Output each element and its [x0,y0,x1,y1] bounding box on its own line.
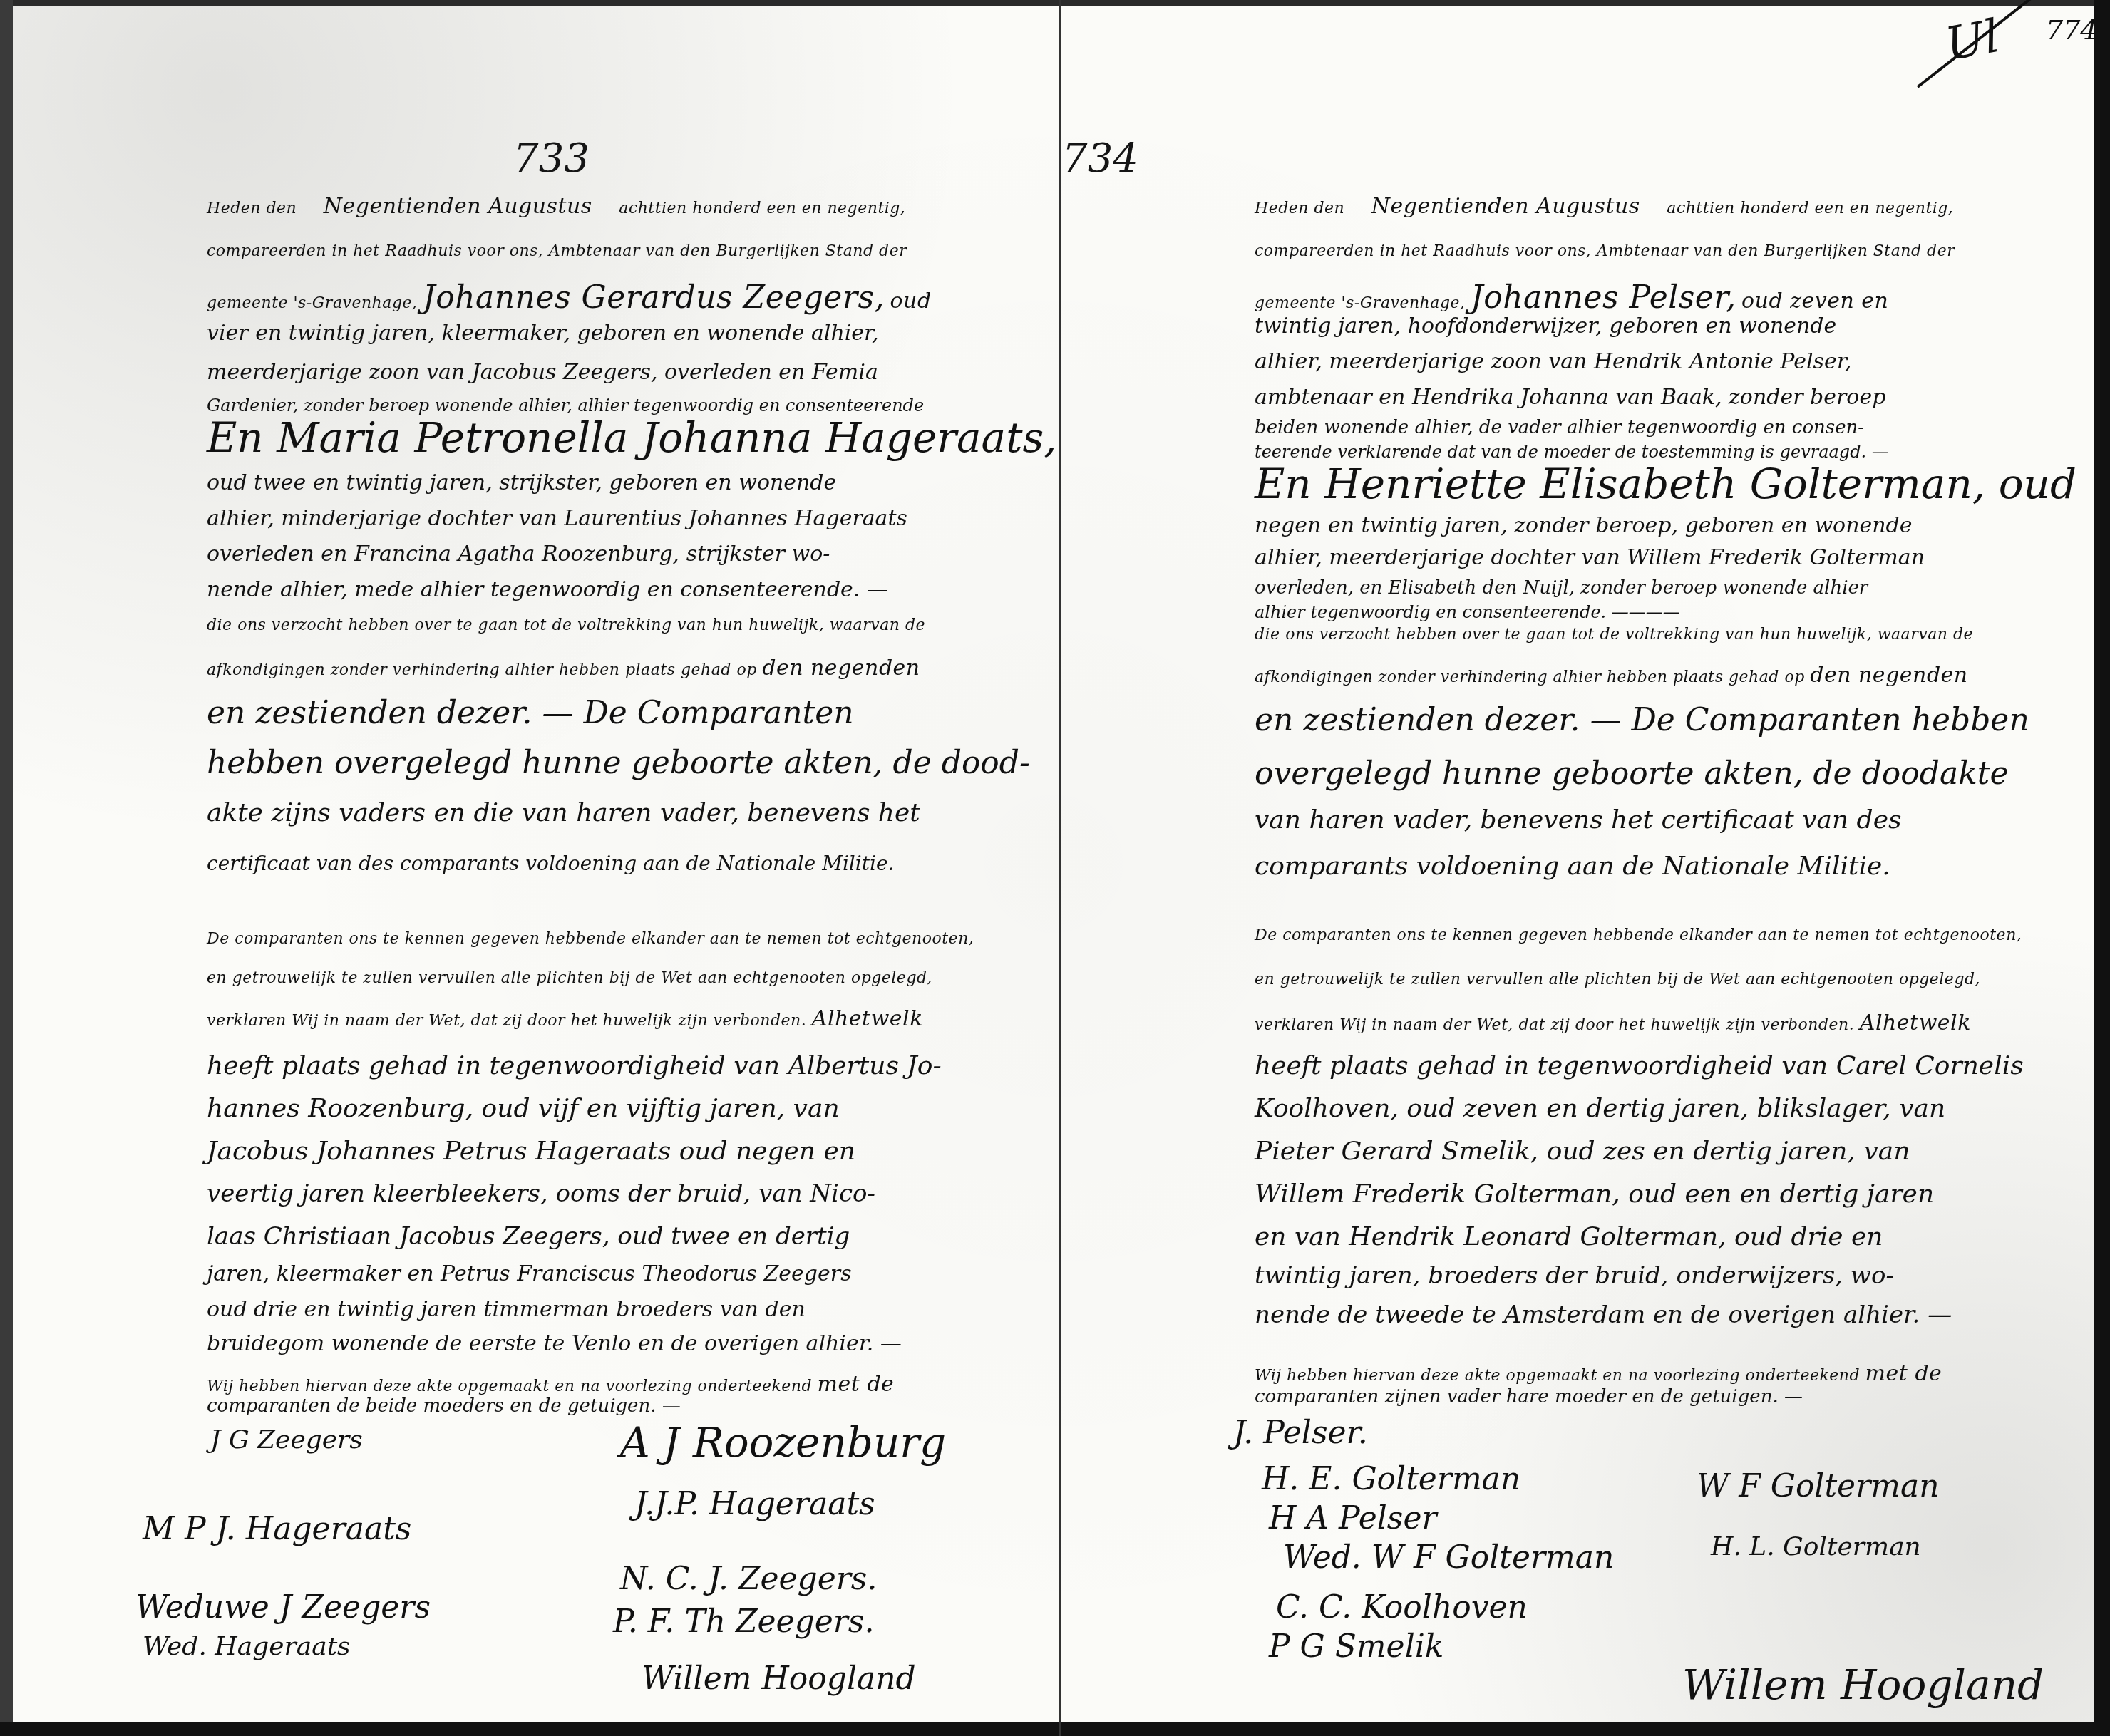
left-line-24: veertig jaren kleerbleekers, ooms der br… [207,1179,875,1208]
right-line-16: en zestienden dezer. — De Comparanten he… [1255,702,2029,738]
signature: Wed. W F Golterman [1283,1539,1614,1576]
right-line-17: overgelegd hunne geboorte akten, de dood… [1255,755,2009,792]
handwritten-text: den negenden [762,656,920,681]
right-line-1: Heden den Negentienden Augustus achttien… [1255,194,1953,219]
right-line-4: twintig jaren, hoofdonderwijzer, geboren… [1255,314,1836,339]
left-line-13: afkondigingen zonder verhindering alhier… [207,656,920,681]
archive-number: 774 [2046,14,2098,46]
left-line-22: hannes Roozenburg, oud vijf en vijftig j… [207,1094,840,1123]
printed-text: verklaren Wij in naam der Wet, dat zij d… [1255,1016,1854,1034]
printed-text: gemeente 's-Gravenhage, [1255,294,1466,312]
left-line-6: Gardenier, zonder beroep wonende alhier,… [207,396,924,415]
left-line-15: hebben overgelegd hunne geboorte akten, … [207,745,1030,781]
signature: A J Roozenburg [620,1418,946,1467]
scan-right-edge [2094,0,2110,1736]
left-line-28: bruidegom wonende de eerste te Venlo en … [207,1331,902,1356]
right-line-28: twintig jaren, broeders der bruid, onder… [1255,1261,1894,1290]
signature: Weduwe J Zeegers [135,1589,431,1626]
handwritten-text: oud zeven en [1741,289,1888,314]
signature: J. Pelser. [1233,1415,1368,1451]
right-line-19: comparants voldoening aan de Nationale M… [1255,852,1890,881]
left-line-27: oud drie en twintig jaren timmerman broe… [207,1297,806,1322]
left-line-29: Wij hebben hiervan deze akte opgemaakt e… [207,1372,894,1397]
right-line-11: alhier, meerderjarige dochter van Willem… [1255,545,1925,570]
right-line-3: gemeente 's-Gravenhage, Johannes Pelser,… [1255,279,1888,316]
left-line-8: oud twee en twintig jaren, strijkster, g… [207,470,836,495]
right-line-15: afkondigingen zonder verhindering alhier… [1255,663,1968,688]
handwritten-date: Negentienden Augustus [324,194,592,219]
book-spine [1059,0,1061,1736]
signature: Wed. Hageraats [143,1632,351,1661]
right-line-8: teerende verklarende dat van de moeder d… [1255,442,1889,462]
handwritten-text: Alhetwelk [812,1006,923,1031]
signature: N. C. J. Zeegers. [620,1561,877,1597]
right-line-6: ambtenaar en Hendrika Johanna van Baak, … [1255,385,1885,410]
left-line-2: compareerden in het Raadhuis voor ons, A… [207,242,907,260]
left-line-1: Heden den Negentienden Augustus achttien… [207,194,905,219]
left-line-5: meerderjarige zoon van Jacobus Zeegers, … [207,360,878,385]
right-line-18: van haren vader, benevens het certificaa… [1255,805,1901,835]
printed-text: Wij hebben hiervan deze akte opgemaakt e… [207,1378,812,1395]
signature: C. C. Koolhoven [1276,1589,1528,1626]
groom-name: Johannes Pelser, [1471,279,1736,316]
printed-text: Heden den [1255,200,1344,217]
handwritten-text: met de [1865,1361,1942,1386]
printed-text: Wij hebben hiervan deze akte opgemaakt e… [1255,1367,1860,1385]
left-line-3: gemeente 's-Gravenhage, Johannes Gerardu… [207,279,932,316]
printed-text: afkondigingen zonder verhindering alhier… [207,661,757,679]
signature: W F Golterman [1697,1468,1939,1504]
left-line-4: vier en twintig jaren, kleermaker, gebor… [207,321,879,346]
signature: P G Smelik [1269,1628,1443,1665]
left-line-14: en zestienden dezer. — De Comparanten [207,695,854,731]
right-line-31: comparanten zijnen vader hare moeder en … [1255,1386,1803,1407]
signature: J G Zeegers [210,1425,363,1455]
right-line-14: die ons verzocht hebben over te gaan tot… [1255,626,1973,644]
bride-name: En Henriette Elisabeth Golterman, oud [1255,460,2076,508]
printed-text: verklaren Wij in naam der Wet, dat zij d… [207,1012,806,1030]
left-line-30: comparanten de beide moeders en de getui… [207,1395,681,1417]
left-line-16: akte zijns vaders en die van haren vader… [207,798,920,827]
handwritten-date: Negentienden Augustus [1371,194,1640,219]
signature: M P J. Hageraats [143,1511,411,1547]
registrar-signature: Willem Hoogland [642,1660,916,1697]
right-line-26: Willem Frederik Golterman, oud een en de… [1255,1179,1934,1209]
left-line-18: De comparanten ons te kennen gegeven heb… [207,930,974,948]
left-line-20: verklaren Wij in naam der Wet, dat zij d… [207,1006,923,1031]
signature: H. L. Golterman [1711,1532,1921,1561]
signature: P. F. Th Zeegers. [613,1603,874,1640]
groom-name: Johannes Gerardus Zeegers, [423,279,885,316]
right-line-30: Wij hebben hiervan deze akte opgemaakt e… [1255,1361,1942,1386]
left-line-23: Jacobus Johannes Petrus Hageraats oud ne… [207,1137,855,1166]
right-folio-number: 734 [1062,135,1138,182]
handwritten-text: den negenden [1810,663,1967,688]
right-line-22: verklaren Wij in naam der Wet, dat zij d… [1255,1011,1971,1035]
right-line-12: overleden, en Elisabeth den Nuijl, zonde… [1255,577,1868,599]
right-line-20: De comparanten ons te kennen gegeven heb… [1255,926,2022,944]
handwritten-text: oud [890,289,932,314]
right-line-29: nende de tweede te Amsterdam en de overi… [1255,1301,1952,1329]
scan-bottom-edge [0,1722,2110,1736]
left-line-19: en getrouwelijk te zullen vervullen alle… [207,969,932,987]
handwritten-text: Alhetwelk [1860,1011,1971,1035]
printed-text: achttien honderd een en negentig, [1667,200,1953,217]
right-line-21: en getrouwelijk te zullen vervullen alle… [1255,971,1980,988]
signature: H A Pelser [1269,1500,1437,1536]
printed-text: gemeente 's-Gravenhage, [207,294,418,312]
right-line-25: Pieter Gerard Smelik, oud zes en dertig … [1255,1137,1910,1166]
handwritten-text: met de [818,1372,895,1397]
scan-left-edge [0,0,13,1736]
right-line-7: beiden wonende alhier, de vader alhier t… [1255,417,1864,438]
left-line-17: certificaat van des comparants voldoenin… [207,852,894,875]
right-line-23: heeft plaats gehad in tegenwoordigheid v… [1255,1051,2024,1080]
right-line-2: compareerden in het Raadhuis voor ons, A… [1255,242,1955,260]
left-line-9: alhier, minderjarige dochter van Laurent… [207,506,907,531]
right-line-24: Koolhoven, oud zeven en dertig jaren, bl… [1255,1094,1945,1123]
printed-text: achttien honderd een en negentig, [619,200,905,217]
signature: H. E. Golterman [1262,1461,1520,1497]
right-line-13: alhier tegenwoordig en consenteerende. —… [1255,602,1680,622]
registrar-signature: Willem Hoogland [1682,1660,2044,1709]
printed-text: afkondigingen zonder verhindering alhier… [1255,668,1805,686]
right-line-27: en van Hendrik Leonard Golterman, oud dr… [1255,1222,1883,1251]
left-line-12: die ons verzocht hebben over te gaan tot… [207,616,925,634]
left-line-25: laas Christiaan Jacobus Zeegers, oud twe… [207,1222,850,1251]
left-line-11: nende alhier, mede alhier tegenwoordig e… [207,577,888,602]
printed-text: Heden den [207,200,297,217]
bride-name: En Maria Petronella Johanna Hageraats, [207,413,1057,462]
left-line-26: jaren, kleermaker en Petrus Franciscus T… [207,1261,852,1286]
signature: J.J.P. Hageraats [634,1486,875,1522]
left-line-10: overleden en Francina Agatha Roozenburg,… [207,542,830,567]
left-line-21: heeft plaats gehad in tegenwoordigheid v… [207,1051,942,1080]
right-line-5: alhier, meerderjarige zoon van Hendrik A… [1255,349,1851,374]
left-folio-number: 733 [513,135,590,182]
right-line-10: negen en twintig jaren, zonder beroep, g… [1255,513,1913,538]
